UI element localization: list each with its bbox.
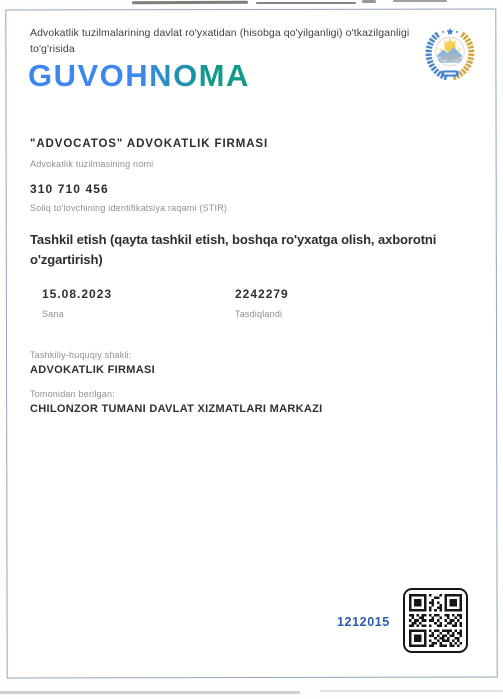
registration-action-title: Tashkil etish (qayta tashkil etish, bosh… (30, 230, 464, 270)
certificate-title: GUVOHNOMA (28, 58, 250, 94)
issuer-label: Tomonidan berilgan: (30, 389, 115, 399)
registration-date-label: Sana (42, 309, 64, 319)
tax-id-label: Soliq to'lovchining identifikatsiya raqa… (30, 203, 227, 213)
legal-form-label: Tashkiliy-huquqiy shakli: (30, 350, 132, 360)
document-number: 1212015 (337, 615, 390, 629)
legal-form-value: ADVOKATLIK FIRMASI (30, 364, 155, 376)
scan-artifact (320, 690, 503, 692)
uzbekistan-coat-of-arms-icon (424, 27, 476, 81)
scan-artifact (132, 1, 248, 5)
scan-artifact (362, 0, 376, 3)
certificate-subtitle: Advokatlik tuzilmalarining davlat ro'yxa… (30, 26, 432, 58)
issuer-value: CHILONZOR TUMANI DAVLAT XIZMATLARI MARKA… (30, 403, 322, 415)
organization-name-label: Advokatlik tuzilmasining nomi (30, 159, 153, 169)
scan-artifact (0, 691, 300, 694)
scan-artifact (256, 2, 356, 4)
tax-id-value: 310 710 456 (30, 182, 109, 196)
approval-number-value: 2242279 (235, 287, 289, 301)
qr-code-icon (403, 588, 468, 653)
scan-artifact (393, 0, 447, 2)
approval-number-label: Tasdiqlandi (235, 309, 282, 319)
organization-name: "ADVOCATOS" ADVOKATLIK FIRMASI (30, 138, 268, 150)
certificate-scan: Advokatlik tuzilmalarining davlat ro'yxa… (0, 0, 503, 699)
certificate-border-frame (5, 8, 497, 678)
registration-date-value: 15.08.2023 (42, 287, 112, 301)
